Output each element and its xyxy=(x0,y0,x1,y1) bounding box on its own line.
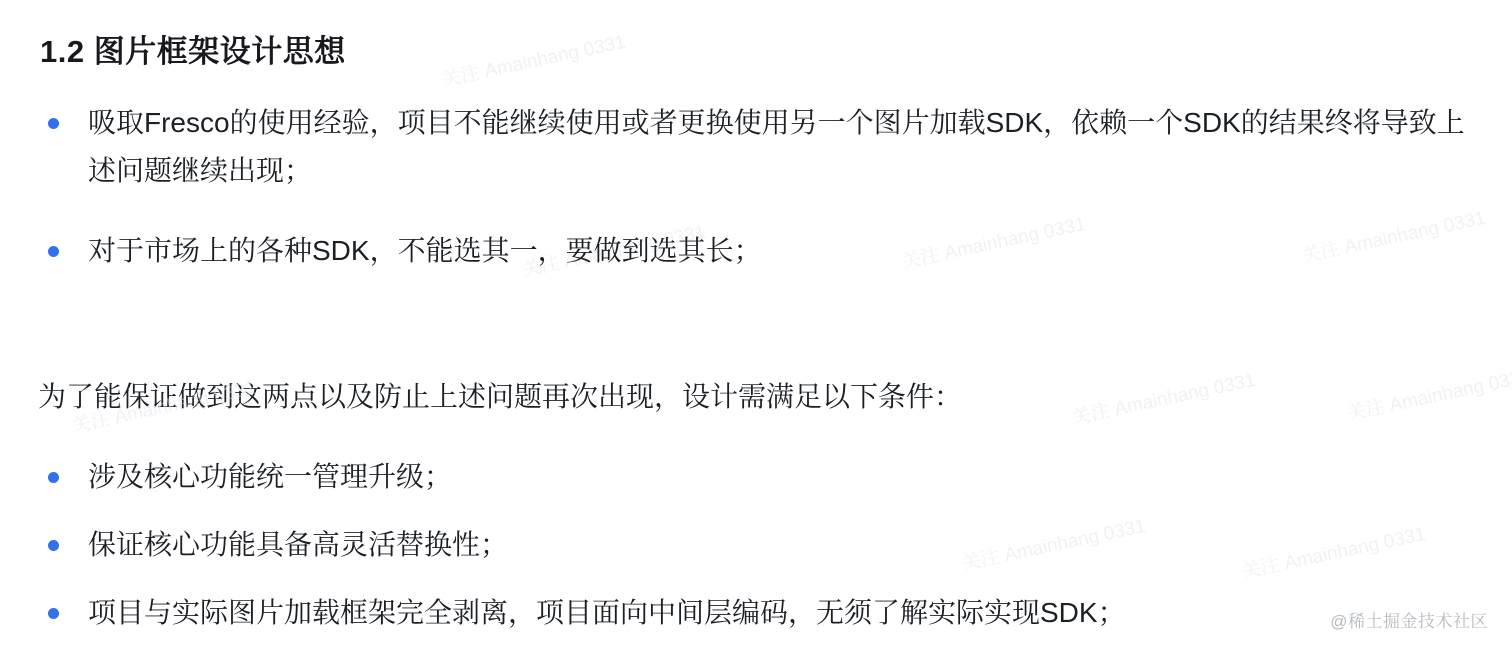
section-heading: 1.2 图片框架设计思想 xyxy=(40,0,1512,71)
list-item: 吸取Fresco的使用经验，项目不能继续使用或者更换使用另一个图片加载SDK，依… xyxy=(40,99,1470,195)
list-item-text: 保证核心功能具备高灵活替换性； xyxy=(88,529,508,560)
bullet-icon xyxy=(48,118,59,129)
bullet-list-experience: 吸取Fresco的使用经验，项目不能继续使用或者更换使用另一个图片加载SDK，依… xyxy=(40,99,1512,275)
list-item-text: 吸取Fresco的使用经验，项目不能继续使用或者更换使用另一个图片加载SDK，依… xyxy=(88,107,1465,186)
bullet-icon xyxy=(48,472,59,483)
bullet-icon xyxy=(48,608,59,619)
bullet-list-conditions: 涉及核心功能统一管理升级； 保证核心功能具备高灵活替换性； 项目与实际图片加载框… xyxy=(40,453,1512,637)
list-item-text: 项目与实际图片加载框架完全剥离，项目面向中间层编码，无须了解实际实现SDK； xyxy=(88,597,1126,628)
list-item-text: 对于市场上的各种SDK，不能选其一，要做到选其长； xyxy=(88,235,762,266)
juejin-watermark: @稀土掘金技术社区 xyxy=(1330,607,1488,632)
list-item: 项目与实际图片加载框架完全剥离，项目面向中间层编码，无须了解实际实现SDK； xyxy=(40,589,1470,637)
list-item: 涉及核心功能统一管理升级； xyxy=(40,453,1470,501)
article-page: 关注 Amainhang 0331 关注 Amainhang 0331 关注 A… xyxy=(0,0,1512,646)
bullet-icon xyxy=(48,246,59,257)
intro-paragraph: 为了能保证做到这两点以及防止上述问题再次出现，设计需满足以下条件： xyxy=(38,375,1478,419)
bullet-icon xyxy=(48,540,59,551)
list-item-text: 涉及核心功能统一管理升级； xyxy=(88,461,452,492)
list-item: 保证核心功能具备高灵活替换性； xyxy=(40,521,1470,569)
list-item: 对于市场上的各种SDK，不能选其一，要做到选其长； xyxy=(40,227,1470,275)
